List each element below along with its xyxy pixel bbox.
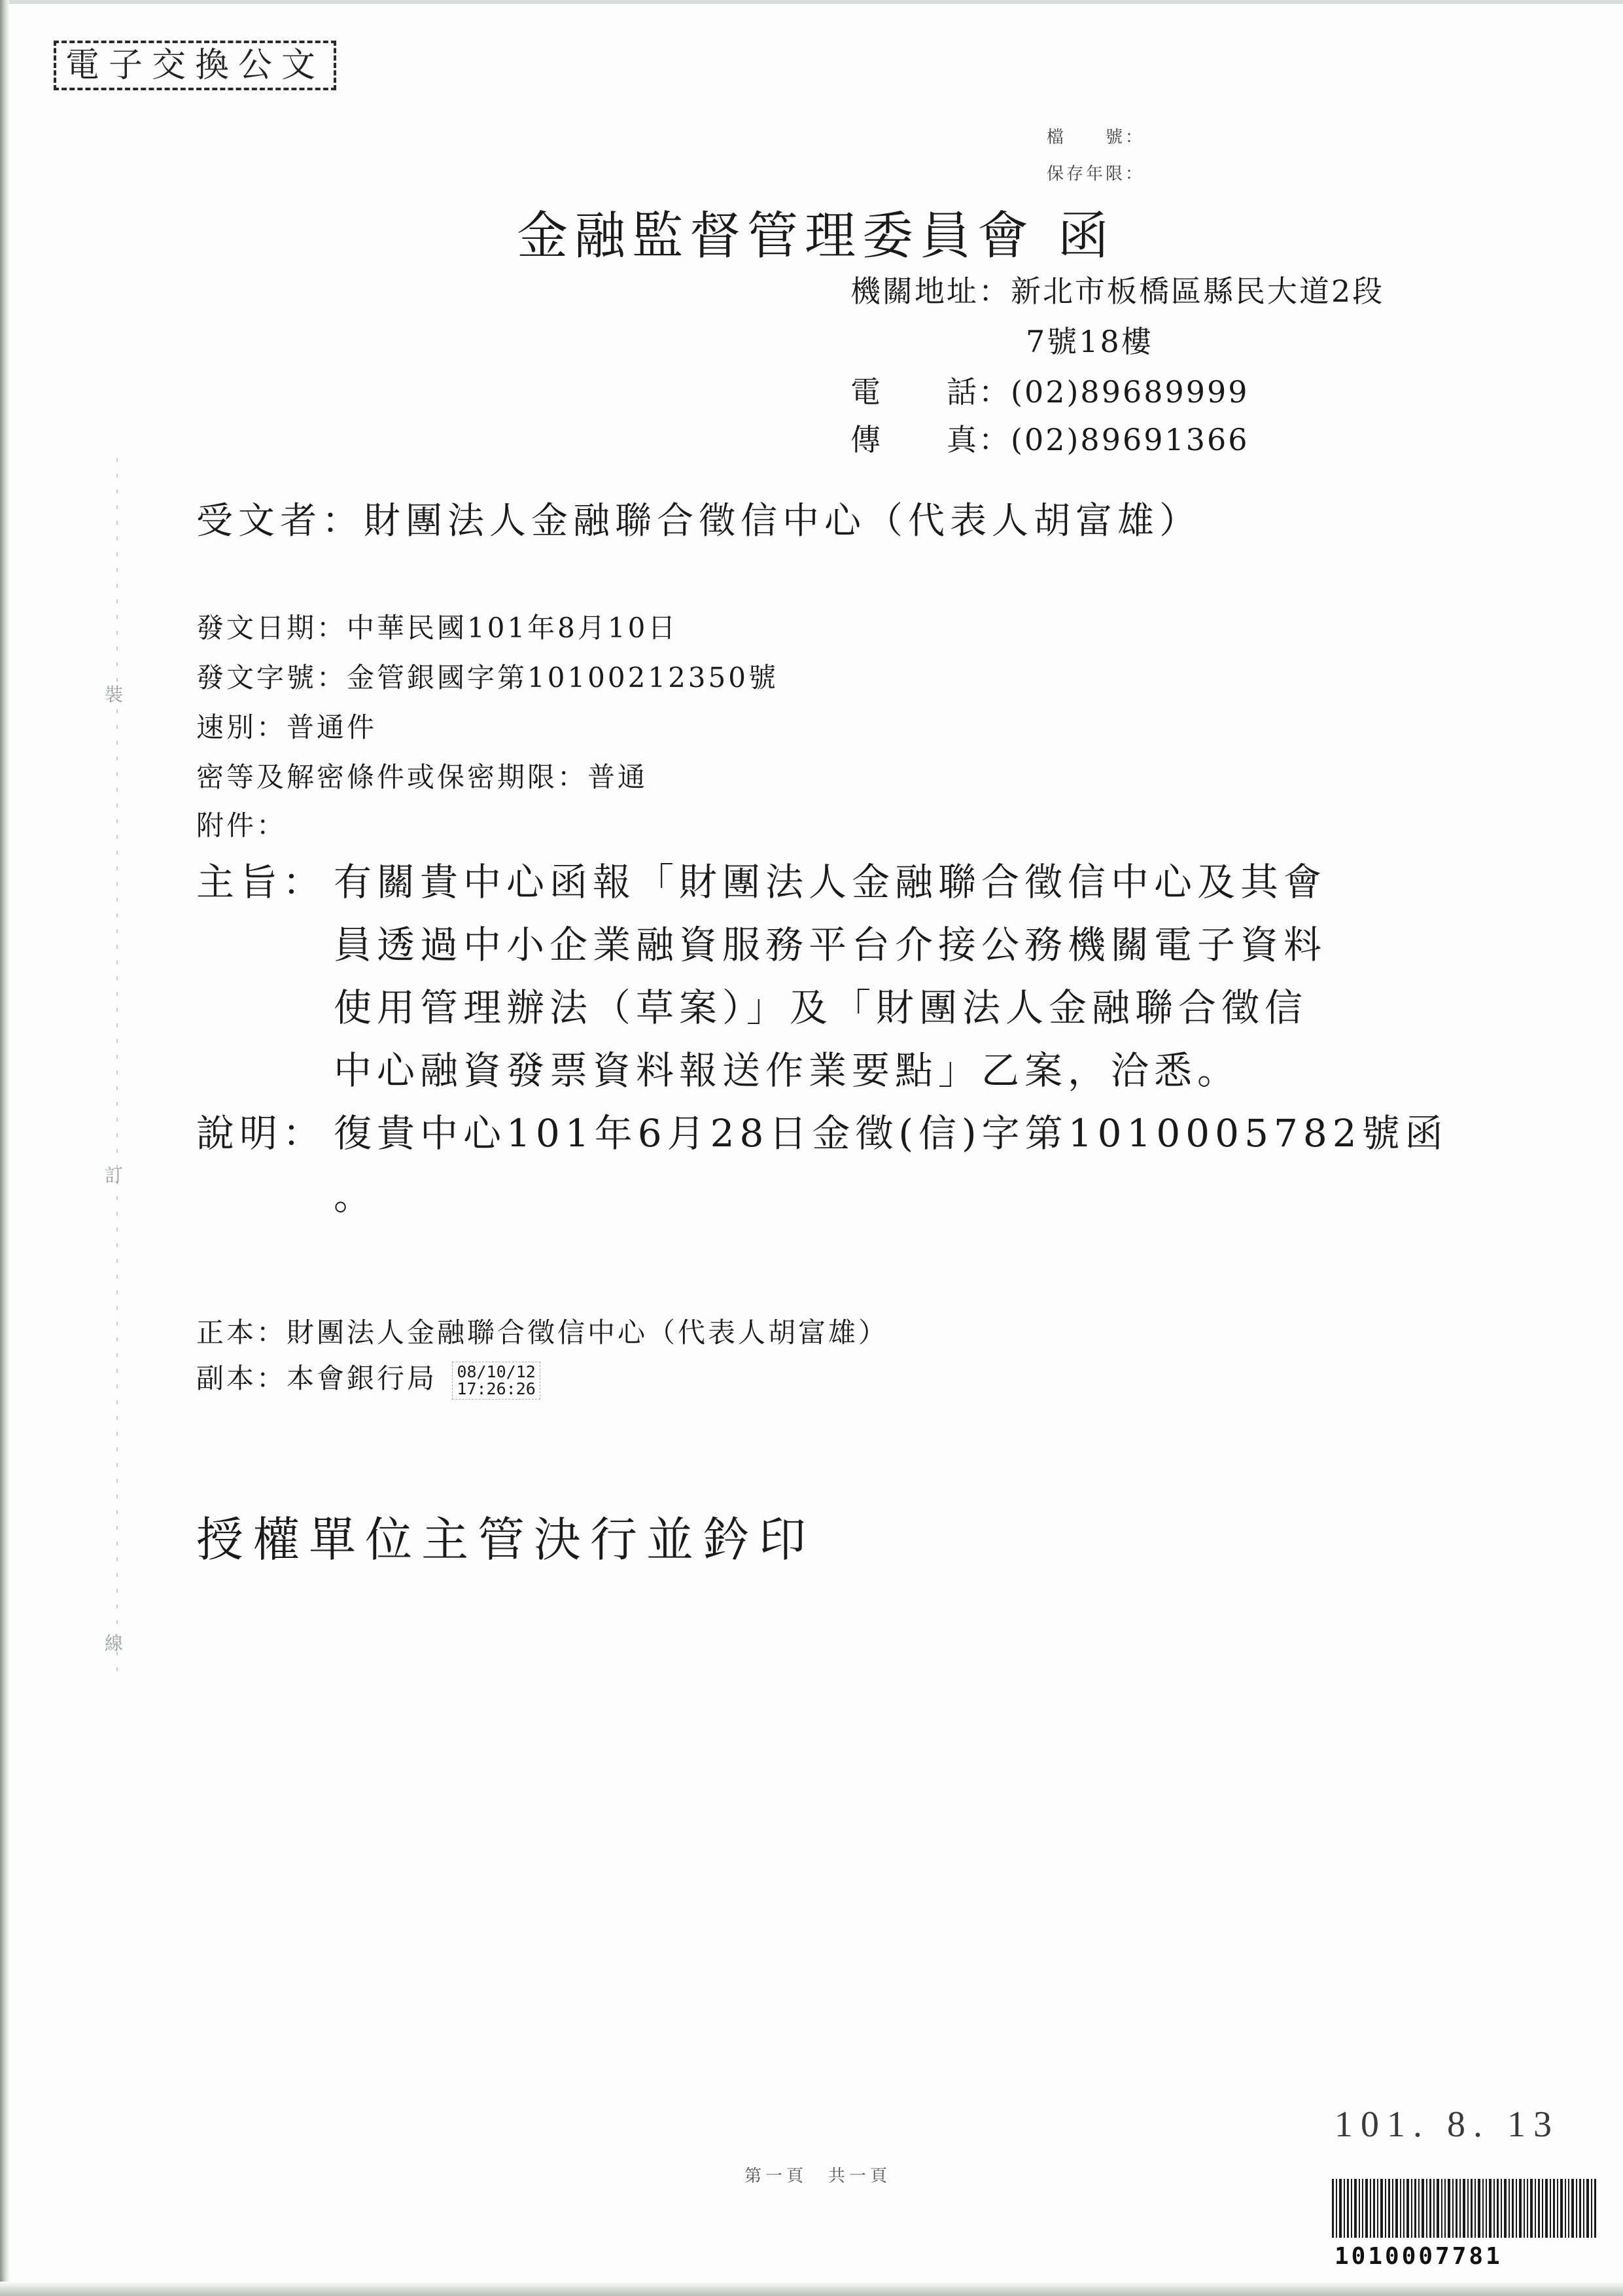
send-timestamp: 08/10/12 17:26:26 [452, 1362, 540, 1400]
phone-row: 電 話：(02)89689999 [850, 368, 1249, 416]
original-recipient-row: 正本：財團法人金融聯合徵信中心（代表人胡富雄） [196, 1311, 888, 1351]
original-value: 財團法人金融聯合徵信中心（代表人胡富雄） [287, 1316, 888, 1349]
recipient-row: 受文者：財團法人金融聯合徵信中心（代表人胡富雄） [196, 492, 1201, 544]
copy-label: 副本： [196, 1362, 287, 1394]
urgency-value: 普通件 [287, 711, 377, 743]
document-number-value: 金管銀國字第10100212350號 [347, 662, 778, 694]
attachment-label: 附件： [196, 809, 287, 841]
fax-label: 傳 真： [850, 422, 1011, 457]
received-date-stamp: 101. 8. 13 [1335, 2104, 1560, 2146]
subject-label: 主旨： [196, 851, 326, 913]
page-number: 第一頁 共一頁 [744, 2163, 891, 2187]
explanation-line-1: 復貴中心101年6月28日金徵(信)字第1010005782號函 [334, 1102, 1448, 1165]
address-label: 機關地址： [850, 274, 1011, 309]
fax-number: (02)89691366 [1011, 422, 1249, 457]
subject-line-3: 使用管理辦法（草案）」及「財團法人金融聯合徵信 [334, 976, 1308, 1039]
document-number-label: 發文字號： [196, 662, 347, 694]
authorization-note: 授權單位主管決行並鈐印 [196, 1502, 815, 1570]
urgency-label: 速別： [196, 711, 287, 743]
subject-line-2: 員透過中小企業融資服務平台介接公務機關電子資料 [334, 913, 1327, 976]
classification-value: 普通 [587, 761, 648, 793]
barcode-icon [1332, 2179, 1597, 2238]
explanation-line-2: 。 [334, 1165, 377, 1227]
fax-row: 傳 真：(02)89691366 [850, 415, 1249, 464]
retention-period-label: 保存年限： [1047, 161, 1145, 187]
subject-line-1: 有關貴中心函報「財團法人金融聯合徵信中心及其會 [334, 851, 1327, 913]
binding-line [116, 458, 118, 1675]
subject-line-4: 中心融資發票資料報送作業要點」乙案，洽悉。 [334, 1039, 1240, 1102]
phone-label: 電 話： [850, 374, 1011, 410]
file-number-label: 檔 號： [1047, 124, 1145, 150]
original-label: 正本： [196, 1316, 287, 1349]
timestamp-time: 17:26:26 [457, 1379, 535, 1398]
explanation-label: 說明： [196, 1102, 326, 1165]
binding-mark-ding: 訂 [105, 1161, 123, 1188]
recipient-label: 受文者： [196, 500, 364, 542]
copy-value: 本會銀行局 [287, 1362, 437, 1394]
address-block: 機關地址：新北市板橋區縣民大道2段 [850, 267, 1384, 315]
attachment-row: 附件： [196, 806, 287, 845]
barcode-number: 1010007781 [1335, 2243, 1503, 2270]
scan-edge-top [0, 0, 1623, 4]
copy-recipient-row: 副本：本會銀行局 08/10/12 17:26:26 [196, 1357, 540, 1400]
issue-date-row: 發文日期：中華民國101年8月10日 [196, 609, 678, 648]
recipient-value: 財團法人金融聯合徵信中心（代表人胡富雄） [364, 500, 1201, 542]
phone-number: (02)89689999 [1011, 374, 1249, 410]
scan-edge-left [0, 0, 9, 2296]
issue-date-value: 中華民國101年8月10日 [347, 612, 678, 644]
address-line2: 7號18樓 [1026, 317, 1153, 366]
binding-mark-zhuang: 裝 [105, 680, 123, 707]
binding-mark-xian: 線 [105, 1629, 123, 1655]
issue-date-label: 發文日期： [196, 612, 347, 644]
classification-row: 密等及解密條件或保密期限：普通 [196, 758, 648, 797]
classification-label: 密等及解密條件或保密期限： [196, 761, 587, 793]
document-number-row: 發文字號：金管銀國字第10100212350號 [196, 658, 778, 698]
urgency-row: 速別：普通件 [196, 708, 377, 747]
document-title: 金融監督管理委員會 函 [517, 207, 1115, 266]
address-line1: 新北市板橋區縣民大道2段 [1011, 274, 1384, 309]
timestamp-date: 08/10/12 [457, 1362, 535, 1381]
electronic-exchange-stamp: 電子交換公文 [54, 41, 336, 90]
scan-edge-bottom [0, 2282, 1623, 2296]
